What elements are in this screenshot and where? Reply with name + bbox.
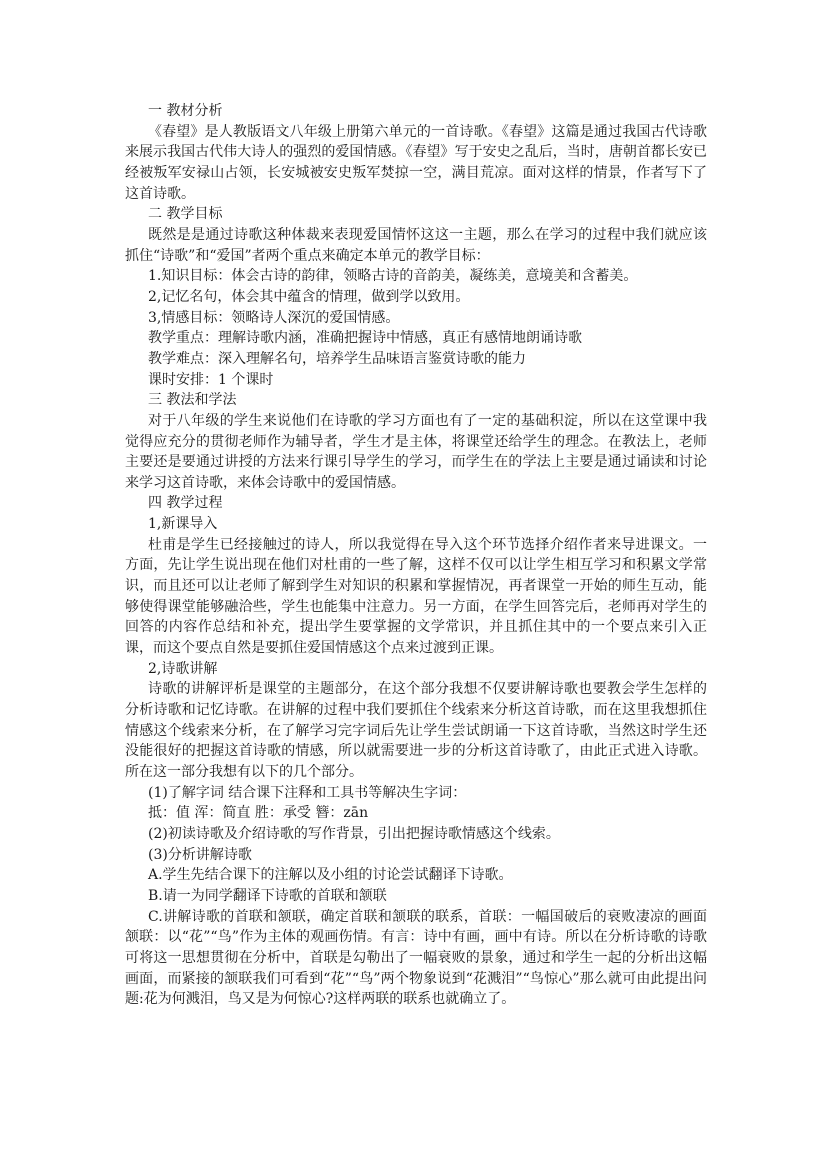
paragraph-methods: 对于八年级的学生来说他们在诗歌的学习方面也有了一定的基础积淀，所以在这堂课中我觉… (125, 411, 707, 494)
section-heading-textbook-analysis: 一 教材分析 (125, 101, 707, 122)
step-analysis: (3)分析讲解诗歌 (125, 845, 707, 866)
teaching-difficulty: 教学难点：深入理解名句，培养学生品味语言鉴赏诗歌的能力 (125, 349, 707, 370)
goal-emotion: 3,情感目标：领略诗人深沉的爱国情感。 (125, 308, 707, 329)
goal-memory: 2,记忆名句，体会其中蕴含的情理，做到学以致用。 (125, 287, 707, 308)
step-c-explain-couplets: C.讲解诗歌的首联和颔联，确定首联和颔联的联系，首联：一幅国破后的衰败凄凉的画面… (125, 907, 707, 1010)
paragraph-textbook-analysis: 《春望》是人教版语文八年级上册第六单元的一首诗歌。《春望》这篇是通过我国古代诗歌… (125, 122, 707, 205)
vocabulary-list: 抵：值 浑：简直 胜：承受 簪：zān (125, 803, 707, 824)
section-heading-methods: 三 教法和学法 (125, 390, 707, 411)
step-vocabulary: (1)了解字词 结合课下注释和工具书等解决生字词： (125, 783, 707, 804)
step-first-reading: (2)初读诗歌及介绍诗歌的写作背景，引出把握诗歌情感这个线索。 (125, 824, 707, 845)
paragraph-teaching-goals-intro: 既然是是通过诗歌这种体裁来表现爱国情怀这这一主题，那么在学习的过程中我们就应该抓… (125, 225, 707, 266)
subheading-poem-explanation: 2,诗歌讲解 (125, 659, 707, 680)
section-heading-teaching-goals: 二 教学目标 (125, 204, 707, 225)
paragraph-lesson-intro: 杜甫是学生已经接触过的诗人，所以我觉得在导入这个环节选择介绍作者来导进课文。一方… (125, 535, 707, 659)
subheading-lesson-intro: 1,新课导入 (125, 514, 707, 535)
paragraph-poem-explanation: 诗歌的讲解评析是课堂的主题部分，在这个部分我想不仅要讲解诗歌也要教会学生怎样的分… (125, 679, 707, 782)
class-schedule: 课时安排：1 个课时 (125, 370, 707, 391)
section-heading-teaching-process: 四 教学过程 (125, 493, 707, 514)
document-page: 一 教材分析 《春望》是人教版语文八年级上册第六单元的一首诗歌。《春望》这篇是通… (125, 101, 707, 1010)
step-a-translate: A.学生先结合课下的注解以及小组的讨论尝试翻译下诗歌。 (125, 865, 707, 886)
teaching-key-point: 教学重点：理解诗歌内涵，准确把握诗中情感，真正有感情地朗诵诗歌 (125, 328, 707, 349)
goal-knowledge: 1.知识目标：体会古诗的韵律，领略古诗的音韵美，凝练美，意境美和含蓄美。 (125, 266, 707, 287)
step-b-translate-couplets: B.请一为同学翻译下诗歌的首联和颔联 (125, 886, 707, 907)
